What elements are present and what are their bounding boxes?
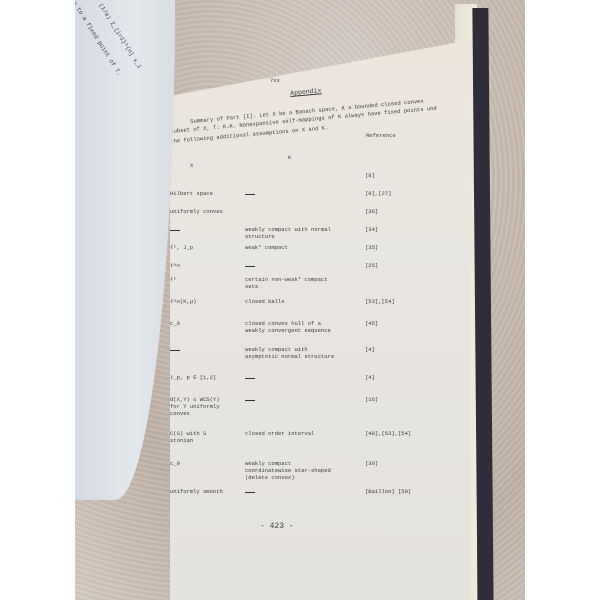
row-x-cell: d(X,Y) ≤ WCS(Y) for Y uniformly convex <box>170 396 220 417</box>
row-k-cell: weakly compact with asymptotic normal st… <box>245 346 334 360</box>
row-x-cell: ℓ^∞(K,μ) <box>170 298 196 305</box>
row-ref-cell: [53],[54] <box>365 298 395 305</box>
page-marker: 7xx <box>270 77 280 84</box>
row-k-cell: certain non-weak* compact sets <box>245 276 328 290</box>
row-ref-cell: [25] <box>365 262 378 269</box>
col-header-ref: Reference <box>366 132 396 139</box>
row-ref-cell: [4] <box>365 346 375 353</box>
row-k-cell: weak* compact <box>245 244 288 251</box>
row-k-cell: closed convex hull of a weakly convergen… <box>245 320 331 334</box>
row-ref-cell: [48],[53],[54] <box>365 430 411 437</box>
row-ref-cell: [30] <box>365 460 378 467</box>
right-page: 7xx Appendix Summary of Part [I]. Let X … <box>170 40 470 600</box>
row-ref-cell: [Baillon] [50] <box>365 488 411 495</box>
row-x-cell: ℓ¹, J_p <box>170 244 193 251</box>
row-ref-cell: [36] <box>365 208 378 215</box>
row-ref-cell: [16] <box>365 396 378 403</box>
row-x-cell <box>170 350 180 351</box>
row-x-cell: ℓ^∞ <box>170 262 180 269</box>
row-ref-cell: [4] <box>365 374 375 381</box>
row-k-cell <box>245 266 255 267</box>
row-k-cell: weakly compact with normal structure <box>245 226 331 240</box>
row-ref-cell: [35] <box>365 244 378 251</box>
row-k-cell: weakly compact coordinatewise star-shape… <box>245 460 331 481</box>
row-x-cell: C(S) with S stonian <box>170 430 206 444</box>
row-x-cell: uniformly smooth <box>170 488 223 495</box>
row-x-cell: uniformly convex <box>170 208 223 215</box>
row-ref-cell: [34] <box>365 226 378 233</box>
row-x-cell: ℓ_p, p ∈ [1,2] <box>170 374 216 381</box>
book-photo: 7xx Appendix Summary of Part [I]. Let X … <box>75 0 525 600</box>
row-x-cell: Hilbert space <box>170 190 213 197</box>
col-header-x: X <box>190 162 193 169</box>
row-ref-cell: [45] <box>365 320 378 327</box>
row-k-cell <box>245 400 255 401</box>
row-k-cell <box>245 194 255 195</box>
row-k-cell: closed order interval <box>245 430 314 437</box>
row-x-cell <box>170 230 180 231</box>
row-x-cell: c_0 <box>170 320 180 327</box>
row-k-cell: closed balls <box>245 298 285 305</box>
left-page-formula: (1/a) Σ_{i=1}^{n} x_i <box>97 2 143 70</box>
row-x-cell: c_0 <box>170 460 180 467</box>
appendix-title: Appendix <box>290 87 322 97</box>
left-page-text: y to a fixed point of T. <box>75 0 123 77</box>
col-header-k: K <box>288 154 291 161</box>
row-ref-cell: [8] <box>365 172 375 179</box>
row-ref-cell: [9],[27] <box>365 190 391 197</box>
row-x-cell: ℓ¹ <box>170 276 177 283</box>
row-k-cell <box>245 492 255 493</box>
row-k-cell <box>245 378 255 379</box>
page-number: - 423 - <box>260 522 294 531</box>
